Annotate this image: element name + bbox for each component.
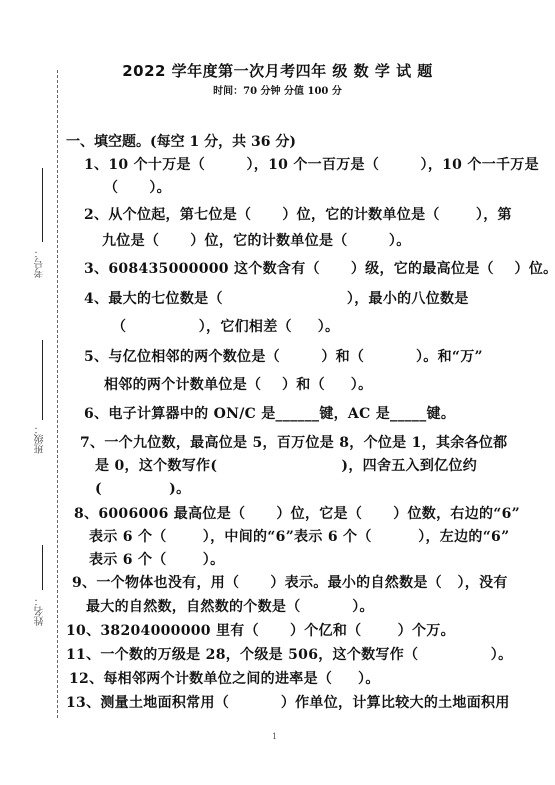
question-line: 13、测量土地面积常用（ ）作单位，计算比较大的土地面积用	[66, 692, 510, 712]
question-line: 表示 6 个（ ），中间的“6”表示 6 个（ ），左边的“6”	[89, 526, 509, 546]
question-line: 相邻的两个计数单位是（ ）和（ ）。	[104, 374, 372, 394]
question-line: 9、一个物体也没有，用（ ）表示。最小的自然数是（ ），没有	[72, 572, 508, 592]
name-blank	[42, 545, 43, 590]
question-line: 5、与亿位相邻的两个数位是（ ）和（ ）。和“万”	[84, 346, 483, 366]
class-label: 班级：	[33, 424, 48, 454]
binding-cut-line	[57, 70, 58, 718]
class-blank	[42, 340, 43, 420]
question-line: ( )。	[95, 478, 190, 498]
question-line: 7、一个九位数，最高位是 5，百万位是 8，个位是 1，其余各位都	[80, 432, 508, 452]
question-line: 3、608435000000 这个数含有（ ）级，它的最高位是（ ）位。	[84, 258, 555, 278]
question-line: 最大的自然数，自然数的个数是（ ）。	[86, 596, 374, 616]
question-line: 8、6006006 最高位是（ ）位，它是（ ）位数，右边的“6”	[74, 503, 520, 523]
exam-number-blank	[42, 168, 43, 242]
exam-number-label: 考号：	[33, 248, 48, 278]
exam-title: 2022 学年度第一次月考四年 级 数 学 试 题	[0, 60, 555, 81]
page-number: 1	[272, 732, 277, 741]
question-line: 4、最大的七位数是（ ），最小的八位数是	[84, 288, 469, 308]
section-heading: 一、填空题。(每空 1 分，共 36 分)	[66, 131, 296, 151]
question-line: 1、10 个十万是（ ），10 个一百万是（ ），10 个一千万是	[84, 154, 539, 174]
question-line: （ ），它们相差（ ）。	[112, 316, 339, 336]
question-line: 2、从个位起，第七位是（ ）位，它的计数单位是（ ），第	[84, 204, 512, 224]
question-line: 10、38204000000 里有（ ）个亿和（ ）个万。	[66, 620, 455, 640]
exam-subtitle: 时间：70 分钟 分值 100 分	[0, 82, 555, 97]
question-line: 12、每相邻两个计数单位之间的进率是（ ）。	[69, 668, 380, 688]
question-line: 6、电子计算器中的 ON/C 是______键，AC 是_____键。	[84, 403, 455, 423]
name-label: 姓名：	[33, 596, 48, 626]
question-line: 表示 6 个（ ）。	[89, 549, 224, 569]
question-line: 九位是（ ）位，它的计数单位是（ ）。	[102, 230, 411, 250]
question-line: （ ）。	[104, 177, 171, 197]
question-line: 11、一个数的万级是 28，个级是 506，这个数写作（ ）。	[66, 644, 512, 664]
question-line: 是 0，这个数写作( )，四舍五入到亿位约	[95, 455, 477, 475]
